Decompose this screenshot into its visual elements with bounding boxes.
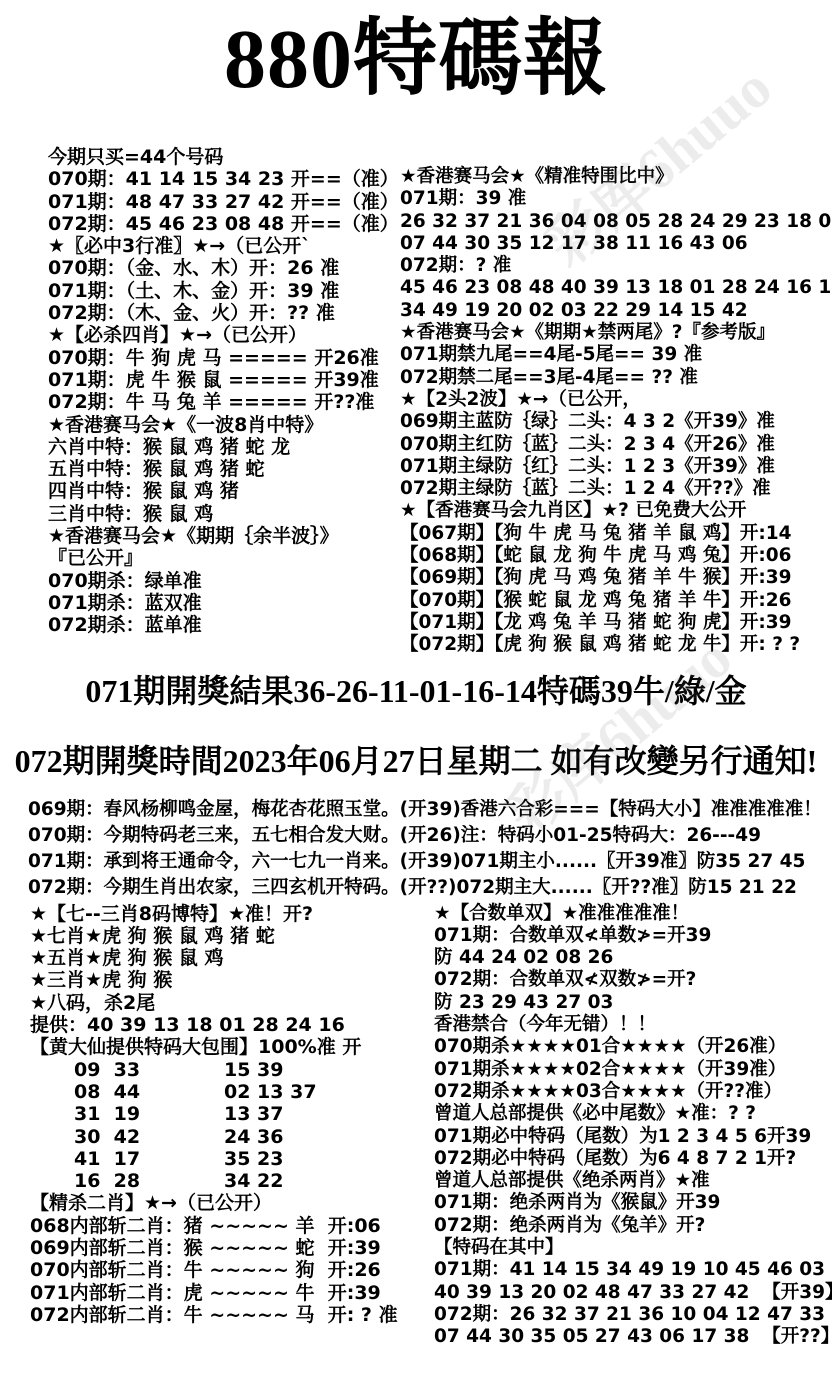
text-line: 070期杀★★★★01合★★★★（开26准）: [434, 1036, 832, 1058]
table-cell: 34 22: [224, 1170, 284, 1192]
text-line: 071期：48 47 33 27 42 开==（准）: [48, 191, 400, 213]
text-line: 香港禁合（今年无错）！！: [434, 1014, 832, 1036]
text-line: 072期：绝杀两肖为《兔羊》开?: [434, 1215, 832, 1237]
text-line: 071期：（土、木、金）开：39 准: [48, 280, 400, 302]
text-line: 072期：45 46 23 08 48 开==（准）: [48, 213, 400, 235]
text-line: 071期：承到将王通命令，六一七九一肖来。(开39)071期主小......〖开…: [28, 849, 832, 875]
bottom-right-column: ★【合数单双】★准准准准准！071期：合数单双≮单数≯=开39防 44 24 0…: [434, 903, 832, 1349]
text-line: ★香港赛马会★《期期★禁两尾》?『参考版』: [400, 322, 828, 344]
table-cell: 31 19: [74, 1103, 224, 1125]
text-line: 071期主绿防｛红｝二头：1 2 3《开39》准: [400, 456, 828, 478]
text-line: 072期：今期生肖出农家，三四玄机开特码。(开??)072期主大......〖开…: [28, 875, 832, 901]
text-line: 26 32 37 21 36 04 08 05 28 24 29 23 18 0…: [400, 211, 828, 233]
text-line: 六肖中特：猴 鼠 鸡 猪 蛇 龙: [48, 436, 400, 458]
text-line: 曾道人总部提供《绝杀两肖》★准: [434, 1170, 832, 1192]
text-line: 068内部斩二肖：猪 ~~~~~ 羊 开:06: [30, 1215, 434, 1237]
text-line: 070期：41 14 15 34 23 开==（准）: [48, 168, 400, 190]
text-line: 072期：合数单双≮双数≯=开?: [434, 969, 832, 991]
text-line: 072期禁二尾==3尾-4尾== ?? 准: [400, 367, 828, 389]
text-line: 072期杀：蓝单准: [48, 614, 400, 636]
text-line: ★【合数单双】★准准准准准！: [434, 903, 832, 925]
text-line: 五肖中特：猴 鼠 鸡 猪 蛇: [48, 458, 400, 480]
top-section: 今期只买=44个号码070期：41 14 15 34 23 开==（准）071期…: [0, 146, 832, 657]
poem-lines-section: 069期：春风杨柳鸣金屋，梅花杏花照玉堂。(开39)香港六合彩===【特码大小】…: [28, 797, 832, 901]
text-line: 三肖中特：猴 鼠 鸡: [48, 503, 400, 525]
text-line: 070期：今期特码老三来，五七相合发大财。(开26)注：特码小01-25特码大：…: [28, 823, 832, 849]
text-line: ★香港赛马会★《期期｛余半波｝》: [48, 525, 400, 547]
text-line: 070期杀：绿单准: [48, 570, 400, 592]
text-line: 072期主绿防｛蓝｝二头：1 2 4《开??》准: [400, 478, 828, 500]
table-cell: 24 36: [224, 1126, 284, 1148]
table-row: 31 1913 37: [30, 1103, 434, 1125]
text-line: 【071期】【龙 鸡 兔 羊 马 猪 蛇 狗 虎】开:39: [400, 612, 828, 634]
table-cell: 41 17: [74, 1148, 224, 1170]
text-line: 072期：牛 马 兔 羊 ===== 开??准: [48, 391, 400, 413]
text-line: 【特码在其中】: [434, 1237, 832, 1259]
text-line: 071期：41 14 15 34 49 19 10 45 46 03: [434, 1259, 832, 1281]
bottom-left-column: ★【七--三肖8码博特】★准！开?★七肖★虎 狗 猴 鼠 鸡 猪 蛇★五肖★虎 …: [30, 903, 434, 1349]
text-line: ★【香港赛马会九肖区】★? 已免费大公开: [400, 500, 828, 522]
text-line: 【070期】【猴 蛇 鼠 龙 鸡 兔 猪 羊 牛】开:26: [400, 590, 828, 612]
table-row: 09 3315 39: [30, 1059, 434, 1081]
table-cell: 02 13 37: [224, 1081, 317, 1103]
text-line: ★香港赛马会★《一波8肖中特》: [48, 414, 400, 436]
text-line: ★五肖★虎 狗 猴 鼠 鸡: [30, 947, 434, 969]
text-line: ★【必杀四肖】★→（已公开）: [48, 324, 400, 346]
text-line: 防 23 29 43 27 03: [434, 992, 832, 1014]
text-line: 069期：春风杨柳鸣金屋，梅花杏花照玉堂。(开39)香港六合彩===【特码大小】…: [28, 797, 832, 823]
text-line: 四肖中特：猴 鼠 鸡 猪: [48, 480, 400, 502]
text-line: 45 46 23 08 48 40 39 13 18 01 28 24 16 1…: [400, 277, 828, 299]
draw-result-banner: 071期開獎結果36-26-11-01-16-14特碼39牛/綠/金: [0, 671, 832, 711]
text-line: 【072期】【虎 狗 猴 鼠 鸡 猪 蛇 龙 牛】开: ? ?: [400, 634, 828, 656]
top-right-column: ★香港赛马会★《精准特围比中》071期：39 准26 32 37 21 36 0…: [400, 146, 828, 657]
text-line: 071期杀：蓝双准: [48, 592, 400, 614]
page-title: 880特碼報: [0, 12, 832, 108]
bottom-left-bottom-lines: 【精杀二肖】★→（已公开）068内部斩二肖：猪 ~~~~~ 羊 开:06069内…: [30, 1192, 434, 1326]
text-line: ★【七--三肖8码博特】★准！开?: [30, 903, 434, 925]
text-line: 071期：绝杀两肖为《猴鼠》开39: [434, 1192, 832, 1214]
table-row: 41 1735 23: [30, 1148, 434, 1170]
text-line: 曾道人总部提供《必中尾数》★准：? ?: [434, 1103, 832, 1125]
table-row: 30 4224 36: [30, 1126, 434, 1148]
text-line: 072期必中特码（尾数）为6 4 8 7 2 1开?: [434, 1148, 832, 1170]
table-cell: 13 37: [224, 1103, 284, 1125]
draw-schedule-banner: 072期開獎時間2023年06月27日星期二 如有改變另行通知!: [0, 741, 832, 781]
text-line: ★八码，杀2尾: [30, 992, 434, 1014]
text-line: 防 44 24 02 08 26: [434, 947, 832, 969]
table-cell: 35 23: [224, 1148, 284, 1170]
table-row: 16 2834 22: [30, 1170, 434, 1192]
bottom-section: ★【七--三肖8码博特】★准！开?★七肖★虎 狗 猴 鼠 鸡 猪 蛇★五肖★虎 …: [0, 903, 832, 1349]
text-line: 07 44 30 35 12 17 38 11 16 43 06: [400, 233, 828, 255]
text-line: 今期只买=44个号码: [48, 146, 400, 168]
text-line: 『已公开』: [48, 547, 400, 569]
text-line: ★【2头2波】★→（已公开，: [400, 389, 828, 411]
text-line: 071期杀★★★★02合★★★★（开39准）: [434, 1059, 832, 1081]
text-line: 072期杀★★★★03合★★★★（开??准）: [434, 1081, 832, 1103]
text-line: 071期必中特码（尾数）为1 2 3 4 5 6开39: [434, 1126, 832, 1148]
table-cell: 09 33: [74, 1059, 224, 1081]
table-cell: 30 42: [74, 1126, 224, 1148]
text-line: 071期：合数单双≮单数≯=开39: [434, 925, 832, 947]
text-line: 40 39 13 20 02 48 47 33 27 42 【开39】: [434, 1282, 832, 1304]
text-line: 070期：牛 狗 虎 马 ===== 开26准: [48, 347, 400, 369]
table-cell: 16 28: [74, 1170, 224, 1192]
table-row: 08 4402 13 37: [30, 1081, 434, 1103]
text-line: ★七肖★虎 狗 猴 鼠 鸡 猪 蛇: [30, 925, 434, 947]
number-table: 09 3315 3908 4402 13 3731 1913 3730 4224…: [30, 1059, 434, 1193]
text-line: 【068期】【蛇 鼠 龙 狗 牛 虎 马 鸡 兔】开:06: [400, 545, 828, 567]
text-line: 34 49 19 20 02 03 22 29 14 15 42: [400, 300, 828, 322]
table-cell: 08 44: [74, 1081, 224, 1103]
text-line: 071期：虎 牛 猴 鼠 ===== 开39准: [48, 369, 400, 391]
table-cell: 15 39: [224, 1059, 284, 1081]
bottom-left-top-lines: ★【七--三肖8码博特】★准！开?★七肖★虎 狗 猴 鼠 鸡 猪 蛇★五肖★虎 …: [30, 903, 434, 1059]
text-line: ★香港赛马会★《精准特围比中》: [400, 166, 828, 188]
text-line: 072内部斩二肖：牛 ~~~~~ 马 开: ? 准: [30, 1304, 434, 1326]
text-line: 072期：26 32 37 21 36 10 04 12 47 33: [434, 1304, 832, 1326]
text-line: 07 44 30 35 05 27 43 06 17 38 【开??】: [434, 1326, 832, 1348]
text-line: 提供：40 39 13 18 01 28 24 16: [30, 1014, 434, 1036]
text-line: 【黄大仙提供特码大包围】100%准 开: [30, 1036, 434, 1058]
text-line: 071期：39 准: [400, 188, 828, 210]
text-line: 【067期】【狗 牛 虎 马 兔 猪 羊 鼠 鸡】开:14: [400, 523, 828, 545]
text-line: ★三肖★虎 狗 猴: [30, 969, 434, 991]
text-line: 070期：（金、水、木）开：26 准: [48, 257, 400, 279]
text-line: 069内部斩二肖：猴 ~~~~~ 蛇 开:39: [30, 1237, 434, 1259]
text-line: 070内部斩二肖：牛 ~~~~~ 狗 开:26: [30, 1259, 434, 1281]
text-line: 069期主蓝防｛绿｝二头：4 3 2《开39》准: [400, 411, 828, 433]
text-line: 【069期】【狗 虎 马 鸡 兔 猪 羊 牛 猴】开:39: [400, 567, 828, 589]
text-line: ★〖必中3行准〗★→（已公开`: [48, 235, 400, 257]
text-line: 071期禁九尾==4尾-5尾== 39 准: [400, 344, 828, 366]
text-line: 070期主红防｛蓝｝二头：2 3 4《开26》准: [400, 434, 828, 456]
text-line: 072期：? 准: [400, 255, 828, 277]
text-line: 071内部斩二肖：虎 ~~~~~ 牛 开:39: [30, 1282, 434, 1304]
text-line: 【精杀二肖】★→（已公开）: [30, 1192, 434, 1214]
text-line: 072期：（木、金、火）开：?? 准: [48, 302, 400, 324]
top-left-column: 今期只买=44个号码070期：41 14 15 34 23 开==（准）071期…: [48, 146, 400, 657]
